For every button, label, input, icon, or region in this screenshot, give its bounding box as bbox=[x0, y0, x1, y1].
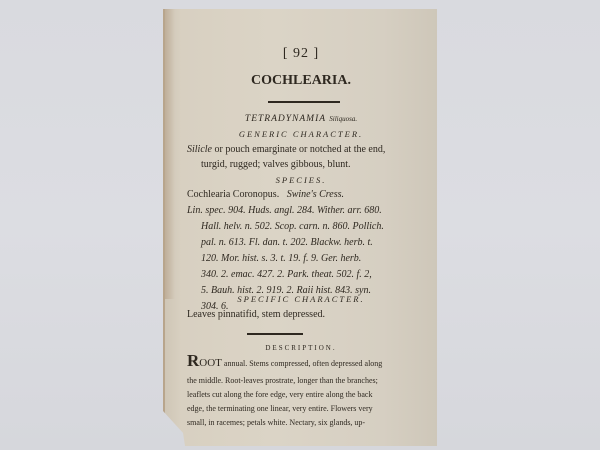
reference-line: Lin. spec. 904. Huds. angl. 284. Wither.… bbox=[187, 203, 382, 219]
description-heading: DESCRIPTION. bbox=[165, 344, 437, 352]
description-line-1: ROOT annual. Stems compressed, often dep… bbox=[187, 354, 382, 371]
reference-line: 340. 2. emac. 427. 2. Park. theat. 502. … bbox=[201, 267, 372, 283]
description-line: leaflets cut along the fore edge, very e… bbox=[187, 388, 372, 402]
reference-line: 120. Mor. hist. s. 3. t. 19. f. 9. Ger. … bbox=[201, 251, 361, 267]
description-line: small, in racemes; petals white. Nectary… bbox=[187, 416, 365, 430]
classification: TETRADYNAMIA Siliquosa. bbox=[165, 114, 437, 124]
order-name: Siliquosa. bbox=[329, 115, 357, 123]
generic-character-line-1: Silicle or pouch emarginate or notched a… bbox=[187, 142, 385, 158]
title-rule bbox=[268, 101, 340, 103]
class-name: TETRADYNAMIA bbox=[245, 114, 326, 124]
drop-cap: R bbox=[187, 351, 199, 370]
section-rule bbox=[247, 333, 303, 335]
description-line: edge, the terminating one linear, very e… bbox=[187, 402, 373, 416]
reference-line: pal. n. 613. Fl. dan. t. 202. Blackw. he… bbox=[201, 235, 373, 251]
page-number: [ 92 ] bbox=[165, 46, 437, 62]
species-heading: SPECIES. bbox=[165, 175, 437, 185]
generic-character-line-2: turgid, rugged; valves gibbous, blunt. bbox=[201, 157, 351, 173]
generic-character-heading: GENERIC CHARACTER. bbox=[165, 129, 437, 139]
book-page: [ 92 ] COCHLEARIA. TETRADYNAMIA Siliquos… bbox=[163, 9, 437, 446]
species-name-line: Cochlearia Coronopus. Swine's Cress. bbox=[187, 187, 344, 203]
specific-character-text: Leaves pinnatifid, stem depressed. bbox=[187, 307, 325, 323]
species-name: Cochlearia Coronopus. bbox=[187, 189, 279, 200]
page-title: COCHLEARIA. bbox=[165, 73, 437, 89]
reference-line: Hall. helv. n. 502. Scop. carn. n. 860. … bbox=[201, 219, 384, 235]
specific-character-heading: SPECIFIC CHARACTER. bbox=[165, 294, 437, 304]
common-name: Swine's Cress. bbox=[287, 189, 344, 200]
generic-term: Silicle bbox=[187, 144, 212, 155]
description-line: the middle. Root-leaves prostrate, longe… bbox=[187, 374, 378, 388]
